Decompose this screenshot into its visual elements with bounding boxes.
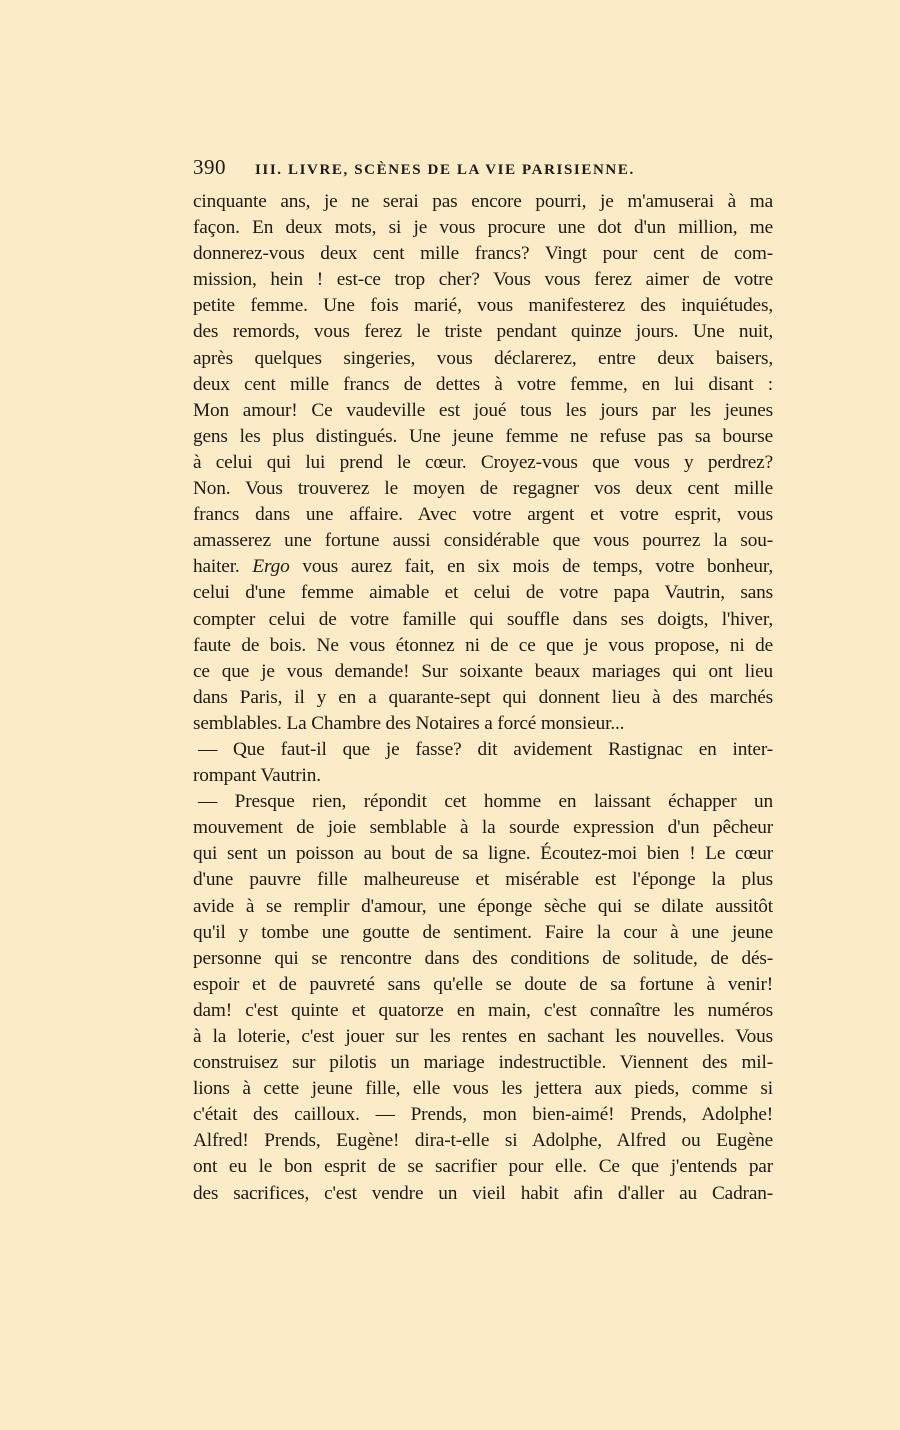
text-line: dans Paris, il y en a quarante-sept qui …: [193, 685, 773, 711]
text-fragment: haiter.: [193, 556, 240, 577]
body-text: cinquante ans, je ne serai pas encore po…: [193, 189, 773, 1207]
text-line: amasserez une fortune aussi considérable…: [193, 528, 773, 554]
text-line: après quelques singeries, vous déclarere…: [193, 346, 773, 372]
text-line: donnerez-vous deux cent mille francs? Vi…: [193, 241, 773, 267]
text-line: semblables. La Chambre des Notaires a fo…: [193, 711, 773, 737]
text-line: Non. Vous trouverez le moyen de regagner…: [193, 476, 773, 502]
text-line: c'était des cailloux. — Prends, mon bien…: [193, 1102, 773, 1128]
text-fragment: vous aurez fait, en six mois de temps, v…: [302, 556, 773, 577]
text-line: des remords, vous ferez le triste pendan…: [193, 319, 773, 345]
text-line: mission, hein ! est-ce trop cher? Vous v…: [193, 267, 773, 293]
text-line: à celui qui lui prend le cœur. Croyez-vo…: [193, 450, 773, 476]
text-line: d'une pauvre fille malheureuse et miséra…: [193, 867, 773, 893]
text-line: petite femme. Une fois marié, vous manif…: [193, 293, 773, 319]
text-line: gens les plus distingués. Une jeune femm…: [193, 424, 773, 450]
text-line: personne qui se rencontre dans des condi…: [193, 946, 773, 972]
running-title: III. LIVRE, SCÈNES DE LA VIE PARISIENNE.: [255, 162, 635, 179]
text-line: à la loterie, c'est jouer sur les rentes…: [193, 1024, 773, 1050]
italic-word: Ergo: [252, 556, 289, 577]
text-line: des sacrifices, c'est vendre un vieil ha…: [193, 1181, 773, 1207]
text-line: — Que faut-il que je fasse? dit avidemen…: [193, 737, 773, 763]
text-line: Alfred! Prends, Eugène! dira-t-elle si A…: [193, 1128, 773, 1154]
text-line: lions à cette jeune fille, elle vous les…: [193, 1076, 773, 1102]
text-line: qui sent un poisson au bout de sa ligne.…: [193, 841, 773, 867]
text-line: mouvement de joie semblable à la sourde …: [193, 815, 773, 841]
text-line: avide à se remplir d'amour, une éponge s…: [193, 894, 773, 920]
text-line: francs dans une affaire. Avec votre arge…: [193, 502, 773, 528]
text-line: cinquante ans, je ne serai pas encore po…: [193, 189, 773, 215]
text-line: espoir et de pauvreté sans qu'elle se do…: [193, 972, 773, 998]
page-number: 390: [193, 155, 255, 180]
text-line: Mon amour! Ce vaudeville est joué tous l…: [193, 398, 773, 424]
text-line: faute de bois. Ne vous étonnez ni de ce …: [193, 633, 773, 659]
text-line: ce que je vous demande! Sur soixante bea…: [193, 659, 773, 685]
text-line: façon. En deux mots, si je vous procure …: [193, 215, 773, 241]
text-line: deux cent mille francs de dettes à votre…: [193, 372, 773, 398]
book-page: 390 III. LIVRE, SCÈNES DE LA VIE PARISIE…: [193, 155, 773, 1207]
text-line: ont eu le bon esprit de se sacrifier pou…: [193, 1154, 773, 1180]
text-line: compter celui de votre famille qui souff…: [193, 607, 773, 633]
text-line: — Presque rien, répondit cet homme en la…: [193, 789, 773, 815]
text-line: dam! c'est quinte et quatorze en main, c…: [193, 998, 773, 1024]
text-line: celui d'une femme aimable et celui de vo…: [193, 580, 773, 606]
text-line: construisez sur pilotis un mariage indes…: [193, 1050, 773, 1076]
running-header: 390 III. LIVRE, SCÈNES DE LA VIE PARISIE…: [193, 155, 773, 185]
text-line: qu'il y tombe une goutte de sentiment. F…: [193, 920, 773, 946]
text-line-ergo: haiter. Ergo vous aurez fait, en six moi…: [193, 554, 773, 580]
text-line: rompant Vautrin.: [193, 763, 773, 789]
